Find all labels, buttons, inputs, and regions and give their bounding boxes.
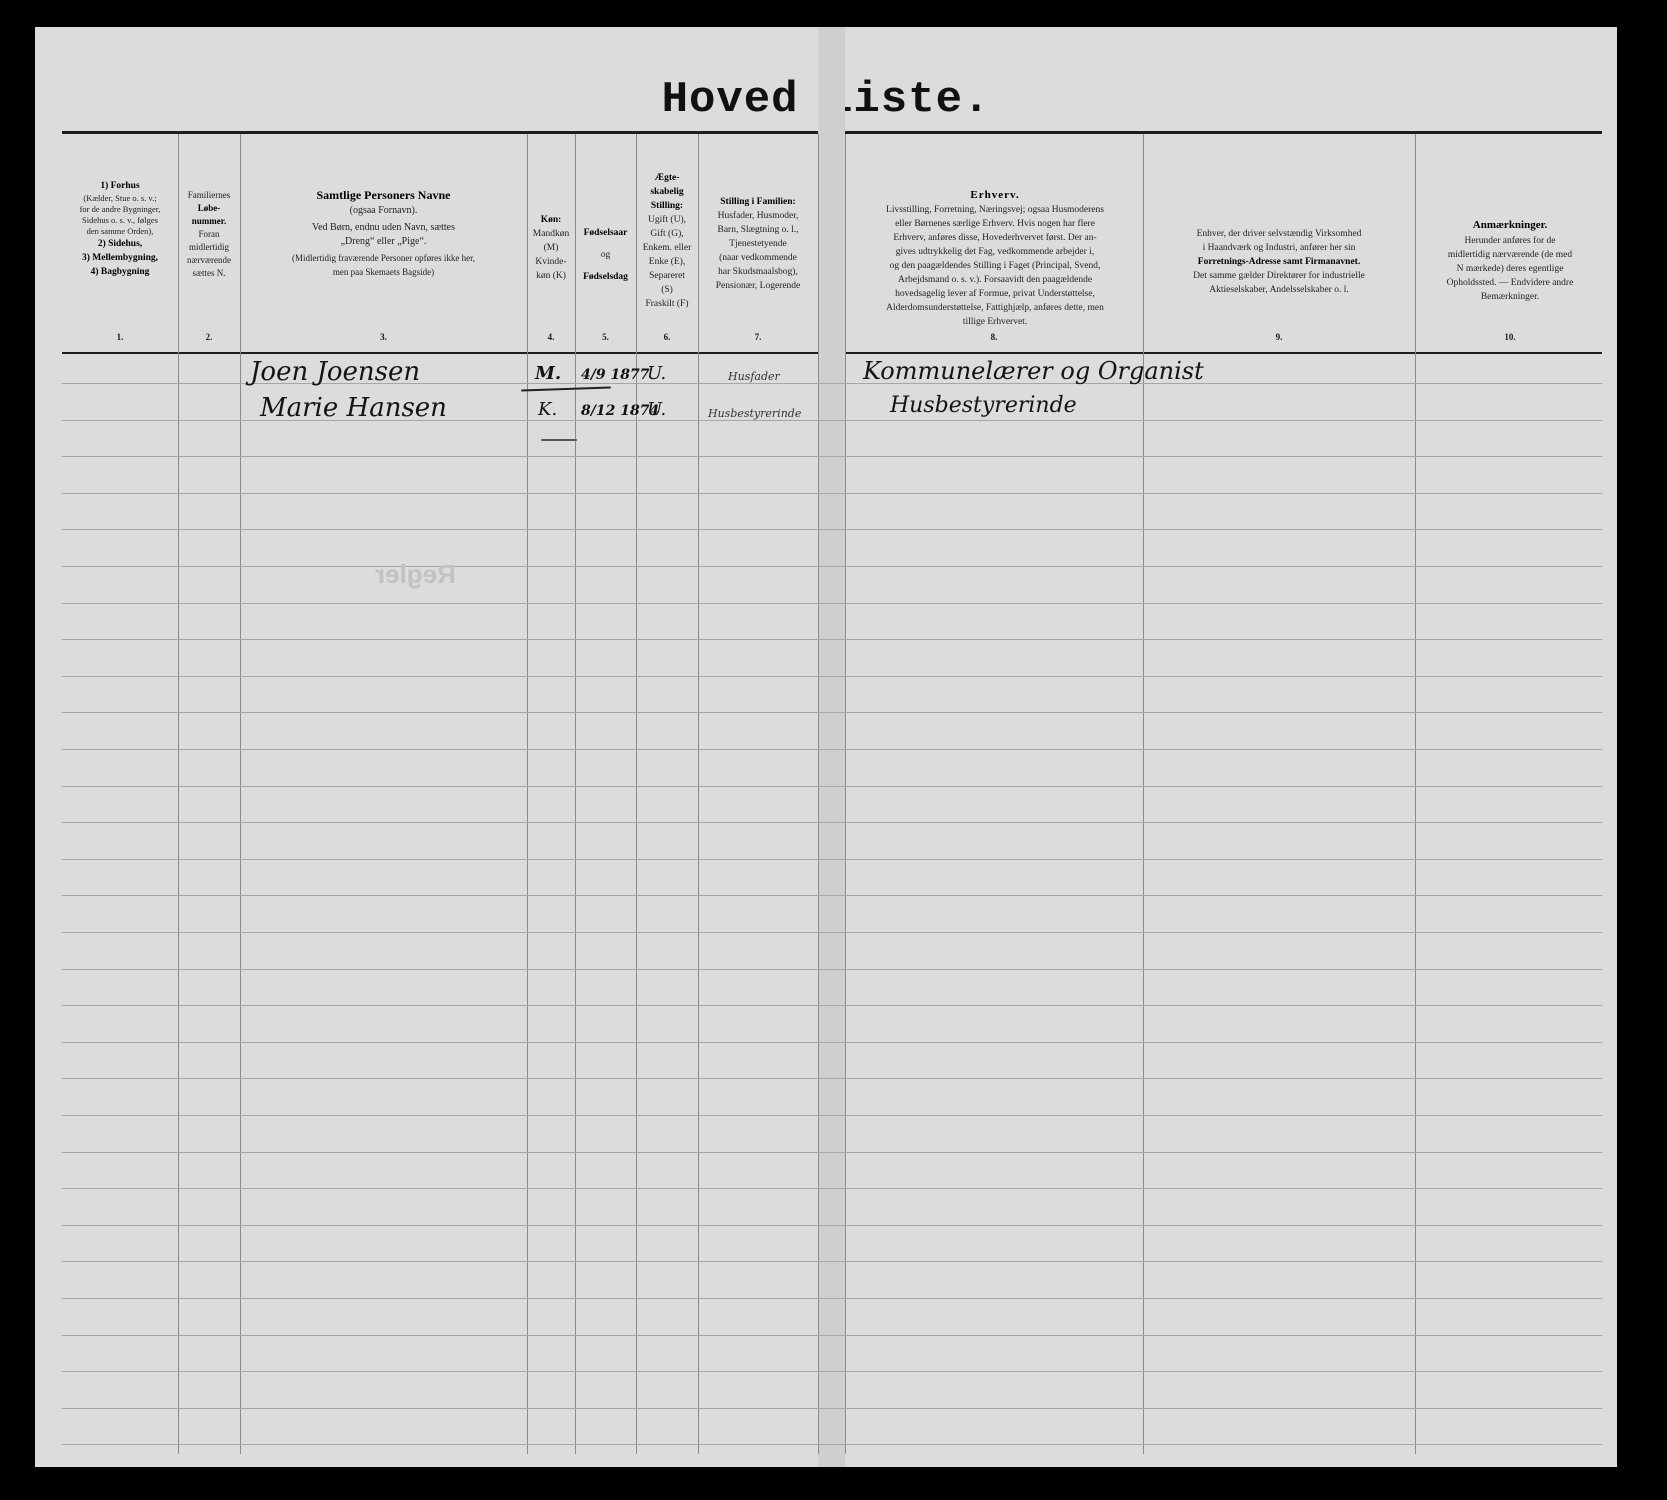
row-rule bbox=[62, 932, 1602, 933]
column-number-2: 2. bbox=[178, 332, 240, 342]
header-col3: Samtlige Personers Navne (ogsaa Fornavn)… bbox=[240, 187, 527, 279]
page-fold bbox=[818, 27, 845, 1467]
row-rule bbox=[62, 712, 1602, 713]
row-rule bbox=[62, 1335, 1602, 1336]
entry-2-name: Marie Hansen bbox=[260, 393, 447, 423]
row-rule bbox=[62, 822, 1602, 823]
header-col1: 1) Forhus (Kælder, Stue o. s. v.; for de… bbox=[62, 179, 178, 279]
row-rule bbox=[62, 1115, 1602, 1116]
column-number-5: 5. bbox=[575, 332, 636, 342]
column-number-3: 3. bbox=[240, 332, 527, 342]
row-rule bbox=[62, 1188, 1602, 1189]
header-col10: Anmærkninger. Herunder anføres for de mi… bbox=[1415, 217, 1605, 304]
entry-1-family-position: Husfader bbox=[728, 370, 780, 383]
row-rule bbox=[62, 895, 1602, 896]
header-col2: Familiernes Løbe- nummer. Foran midlerti… bbox=[178, 189, 240, 280]
row-rule bbox=[62, 969, 1602, 970]
entry-1-sex: M. bbox=[535, 363, 561, 384]
column-number-10: 10. bbox=[1415, 332, 1605, 342]
entry-1-occupation: Kommunelærer og Organist bbox=[863, 357, 1204, 385]
entry-2-sex: K. bbox=[538, 399, 557, 420]
row-rule bbox=[62, 749, 1602, 750]
row-rule bbox=[62, 1261, 1602, 1262]
row-rule bbox=[62, 1298, 1602, 1299]
row-rule bbox=[62, 859, 1602, 860]
column-number-9: 9. bbox=[1143, 332, 1415, 342]
row-rule bbox=[62, 456, 1602, 457]
header-col4: Køn: Mandkøn (M) Kvinde- køn (K) bbox=[527, 213, 575, 283]
header-col8: Erhverv. Livsstilling, Forretning, Nærin… bbox=[849, 187, 1141, 329]
dash-mark bbox=[541, 439, 577, 441]
row-rule bbox=[62, 1225, 1602, 1226]
row-rule bbox=[62, 1078, 1602, 1079]
row-rule bbox=[62, 1152, 1602, 1153]
census-form-page: Hoved liste. 1) Forhus (Kælder, Stue o. … bbox=[35, 27, 1617, 1467]
entry-2-family-position: Husbestyrerinde bbox=[708, 407, 801, 420]
row-rule bbox=[62, 786, 1602, 787]
entry-1-name: Joen Joensen bbox=[250, 357, 420, 387]
underline-mark bbox=[521, 386, 611, 391]
row-rule bbox=[62, 566, 1602, 567]
header-col5: Fødselsaar og Fødselsdag bbox=[575, 222, 636, 288]
row-rule bbox=[62, 1042, 1602, 1043]
column-number-4: 4. bbox=[527, 332, 575, 342]
entry-1-marital: U. bbox=[647, 363, 666, 384]
column-number-1: 1. bbox=[62, 332, 178, 342]
header-col7: Stilling i Familien: Husfader, Husmoder,… bbox=[698, 195, 818, 293]
column-number-6: 6. bbox=[636, 332, 698, 342]
row-rule bbox=[62, 676, 1602, 677]
entry-2-marital: U. bbox=[647, 399, 666, 420]
row-rule bbox=[62, 1371, 1602, 1372]
row-rule bbox=[62, 1444, 1602, 1445]
entry-2-occupation: Husbestyrerinde bbox=[890, 393, 1077, 418]
header-col9: Enhver, der driver selvstændig Virksomhe… bbox=[1143, 227, 1415, 297]
bleed-through-text: Regler bbox=[375, 559, 456, 590]
row-rule bbox=[62, 493, 1602, 494]
row-rule bbox=[62, 1005, 1602, 1006]
divider-fold-left bbox=[818, 134, 819, 1454]
header-col6: Ægte- skabelig Stilling: Ugift (U), Gift… bbox=[636, 171, 698, 311]
entry-1-birth: 4/9 1877 bbox=[581, 367, 649, 383]
column-number-7: 7. bbox=[698, 332, 818, 342]
row-rule bbox=[62, 529, 1602, 530]
row-rule bbox=[62, 1408, 1602, 1409]
column-number-8: 8. bbox=[845, 332, 1143, 342]
row-rule bbox=[62, 603, 1602, 604]
row-rule bbox=[62, 639, 1602, 640]
